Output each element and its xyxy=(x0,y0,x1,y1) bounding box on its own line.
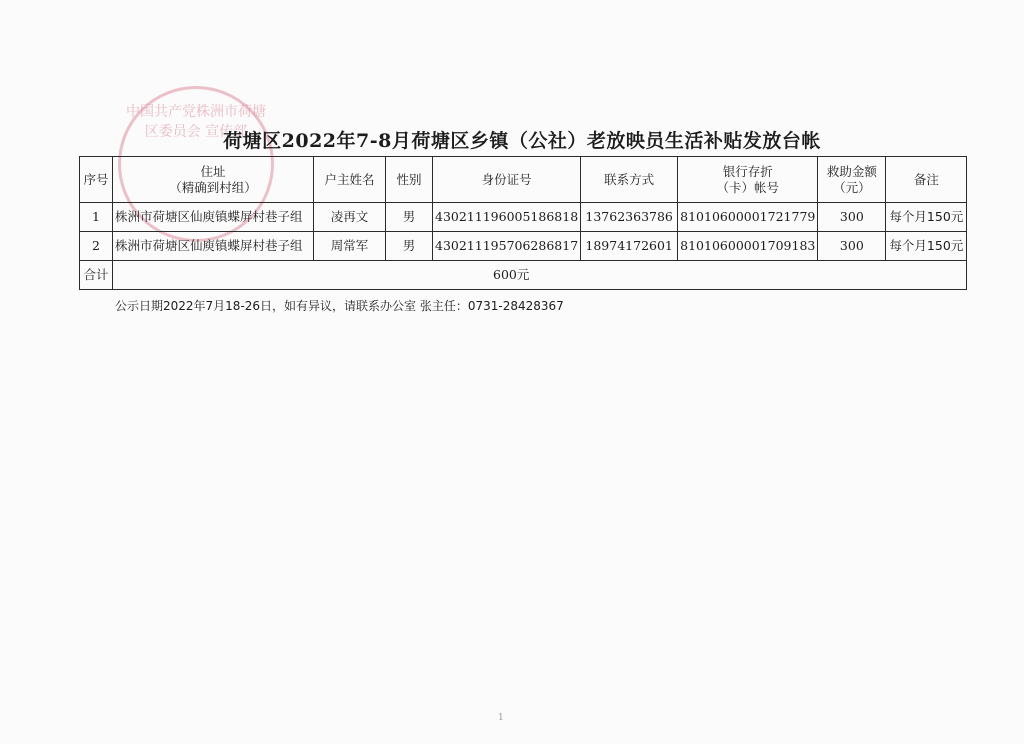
subsidy-ledger-table: 序号 住址 （精确到村组） 户主姓名 性别 身份证号 联系方式 银行存折 （卡）… xyxy=(79,156,967,290)
cell-bank-account: 81010600001721779 xyxy=(678,203,818,232)
cell-phone: 18974172601 xyxy=(581,232,678,261)
cell-id-number: 430211195706286817 xyxy=(433,232,581,261)
cell-remark: 每个月150元 xyxy=(886,203,967,232)
page-number: 1 xyxy=(498,713,504,723)
header-name: 户主姓名 xyxy=(314,157,386,203)
total-value: 600元 xyxy=(113,261,967,290)
table-header-row: 序号 住址 （精确到村组） 户主姓名 性别 身份证号 联系方式 银行存折 （卡）… xyxy=(80,157,967,203)
cell-name: 凌再文 xyxy=(314,203,386,232)
header-bank-account: 银行存折 （卡）帐号 xyxy=(678,157,818,203)
header-gender: 性别 xyxy=(386,157,433,203)
cell-phone: 13762363786 xyxy=(581,203,678,232)
cell-index: 1 xyxy=(80,203,113,232)
cell-bank-account: 81010600001709183 xyxy=(678,232,818,261)
table-row: 2 株洲市荷塘区仙庾镇蝶屏村巷子组 周常军 男 4302111957062868… xyxy=(80,232,967,261)
cell-address: 株洲市荷塘区仙庾镇蝶屏村巷子组 xyxy=(113,203,314,232)
table-row: 1 株洲市荷塘区仙庾镇蝶屏村巷子组 凌再文 男 4302111960051868… xyxy=(80,203,967,232)
header-amount: 救助金额 （元） xyxy=(818,157,886,203)
cell-remark: 每个月150元 xyxy=(886,232,967,261)
header-index: 序号 xyxy=(80,157,113,203)
cell-index: 2 xyxy=(80,232,113,261)
header-id-number: 身份证号 xyxy=(433,157,581,203)
total-row: 合计 600元 xyxy=(80,261,967,290)
header-phone: 联系方式 xyxy=(581,157,678,203)
cell-amount: 300 xyxy=(818,232,886,261)
cell-gender: 男 xyxy=(386,232,433,261)
cell-id-number: 430211196005186818 xyxy=(433,203,581,232)
cell-amount: 300 xyxy=(818,203,886,232)
total-label: 合计 xyxy=(80,261,113,290)
header-remark: 备注 xyxy=(886,157,967,203)
header-address: 住址 （精确到村组） xyxy=(113,157,314,203)
document-title: 荷塘区2022年7-8月荷塘区乡镇（公社）老放映员生活补贴发放台帐 xyxy=(0,126,1024,153)
cell-address: 株洲市荷塘区仙庾镇蝶屏村巷子组 xyxy=(113,232,314,261)
cell-name: 周常军 xyxy=(314,232,386,261)
cell-gender: 男 xyxy=(386,203,433,232)
publicity-notice: 公示日期2022年7月18-26日，如有异议，请联系办公室 张主任：0731-2… xyxy=(115,297,564,314)
